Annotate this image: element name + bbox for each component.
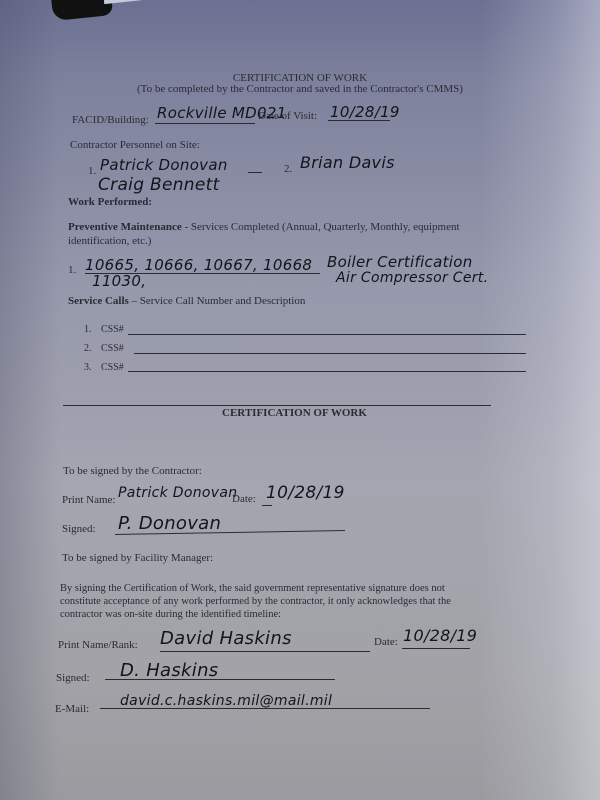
pm-item-1-ids-line2[interactable]: 11030, xyxy=(92,272,146,290)
fm-signed-label: Signed: xyxy=(56,672,90,684)
fm-signature[interactable]: D. Haskins xyxy=(120,660,218,681)
service-calls-label-rest: – Service Call Number and Description xyxy=(129,295,306,307)
work-performed-label: Work Performed: xyxy=(68,196,152,208)
pm-item-1-desc[interactable]: Boiler Certification xyxy=(327,253,473,271)
personnel-2-num: 2. xyxy=(284,163,292,175)
contractor-signed-label: Signed: xyxy=(62,523,96,535)
pm-label-line2: identification, etc.) xyxy=(68,235,151,247)
css-2-num: 2. xyxy=(84,343,92,354)
contractor-date-label: Date: xyxy=(232,493,256,505)
css-1-field[interactable] xyxy=(128,334,526,335)
personnel-1-num: 1. xyxy=(88,165,96,177)
css-2-prefix: CSS# xyxy=(101,343,124,354)
pen-clip xyxy=(104,0,144,4)
contractor-date-underline xyxy=(262,505,272,506)
css-2-field[interactable] xyxy=(134,353,526,354)
contractor-date-value[interactable]: 10/28/19 xyxy=(266,483,345,503)
pm-item-1-num: 1. xyxy=(68,264,76,276)
fm-date-underline xyxy=(402,648,470,649)
css-3-field[interactable] xyxy=(128,371,526,372)
css-1-prefix: CSS# xyxy=(101,324,124,335)
disclaimer-line-1: By signing the Certification of Work, th… xyxy=(60,583,445,594)
date-of-visit-label: Date of Visit: xyxy=(258,110,317,122)
fm-sign-label: To be signed by Facility Manager: xyxy=(62,552,213,564)
photo-shadow-left xyxy=(0,0,60,800)
css-3-num: 3. xyxy=(84,362,92,373)
service-calls-label: Service Calls – Service Call Number and … xyxy=(68,295,305,307)
contractor-print-name-value[interactable]: Patrick Donovan xyxy=(118,485,237,501)
personnel-1-name[interactable]: Patrick Donovan xyxy=(100,156,228,174)
service-calls-label-bold: Service Calls xyxy=(68,295,129,307)
contractor-signature[interactable]: P. Donovan xyxy=(118,513,221,534)
personnel-1-underline xyxy=(248,172,262,173)
pm-label-rest: - Services Completed (Annual, Quarterly,… xyxy=(182,221,460,233)
facid-label: FACID/Building: xyxy=(72,114,149,126)
form-subtitle: (To be completed by the Contractor and s… xyxy=(0,83,600,95)
certification-divider xyxy=(63,405,491,406)
disclaimer-line-2: constitute acceptance of any work perfor… xyxy=(60,596,451,607)
fm-print-name-label: Print Name/Rank: xyxy=(58,639,138,651)
personnel-label: Contractor Personnel on Site: xyxy=(70,139,200,151)
pm-item-1-desc-line2[interactable]: Air Compressor Cert. xyxy=(336,270,488,286)
disclaimer-line-3: contractor was on-site during the identi… xyxy=(60,609,281,620)
pm-label: Preventive Maintenance - Services Comple… xyxy=(68,221,460,233)
email-underline xyxy=(100,708,430,709)
certification-title: CERTIFICATION OF WORK xyxy=(222,407,367,419)
css-1-num: 1. xyxy=(84,324,92,335)
fm-date-value[interactable]: 10/28/19 xyxy=(403,626,477,645)
date-of-visit-value[interactable]: 10/28/19 xyxy=(330,103,400,121)
email-value[interactable]: david.c.haskins.mil@mail.mil xyxy=(120,693,332,709)
fm-signed-underline xyxy=(105,679,335,680)
date-underline xyxy=(328,120,390,121)
contractor-print-name-label: Print Name: xyxy=(62,494,115,506)
personnel-2-name[interactable]: Brian Davis xyxy=(300,153,395,172)
css-3-prefix: CSS# xyxy=(101,362,124,373)
fm-print-name-underline xyxy=(160,651,370,652)
facid-underline xyxy=(155,123,255,124)
contractor-sign-label: To be signed by the Contractor: xyxy=(63,465,202,477)
pm-label-bold: Preventive Maintenance xyxy=(68,221,182,233)
personnel-extra-name[interactable]: Craig Bennett xyxy=(98,175,220,195)
photo-glare-right xyxy=(480,0,600,800)
fm-date-label: Date: xyxy=(374,636,398,648)
fm-print-name-value[interactable]: David Haskins xyxy=(160,628,292,649)
email-label: E-Mail: xyxy=(55,703,89,715)
